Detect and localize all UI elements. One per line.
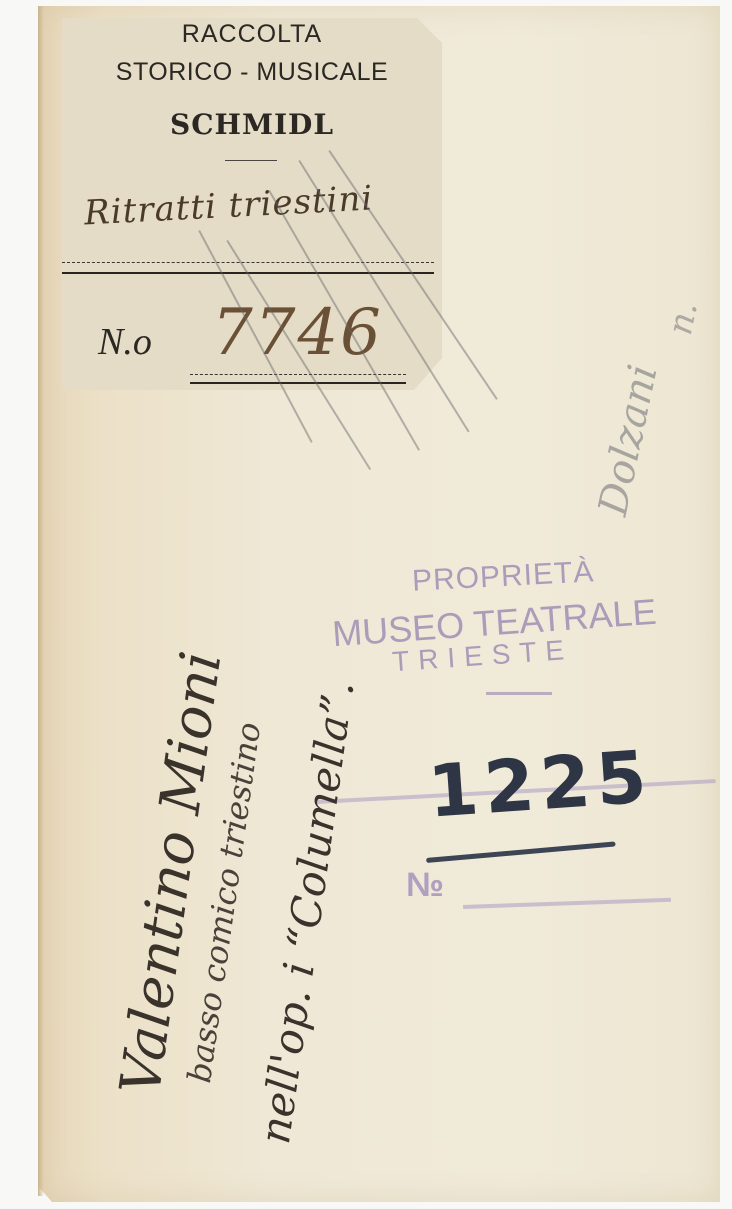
stamp-rule <box>486 692 552 695</box>
label-collection-line1: RACCOLTA <box>62 20 442 49</box>
stamp-number-prefix: № <box>406 866 444 905</box>
label-collection-name: SCHMIDL <box>62 108 442 141</box>
label-divider <box>225 160 277 161</box>
label-number-prefix: N.o <box>98 320 152 364</box>
label-number-solid-rule <box>190 382 406 384</box>
collection-label: RACCOLTA STORICO - MUSICALE SCHMIDL Ritr… <box>62 18 442 390</box>
card-edge <box>38 6 44 1196</box>
inventory-number: 1225 <box>425 734 655 833</box>
label-handwritten-number: 7746 <box>212 296 383 370</box>
label-dotted-rule <box>62 262 434 263</box>
label-handwritten-title: Ritratti triestini <box>83 178 374 233</box>
label-collection-line2: STORICO - MUSICALE <box>62 58 442 87</box>
